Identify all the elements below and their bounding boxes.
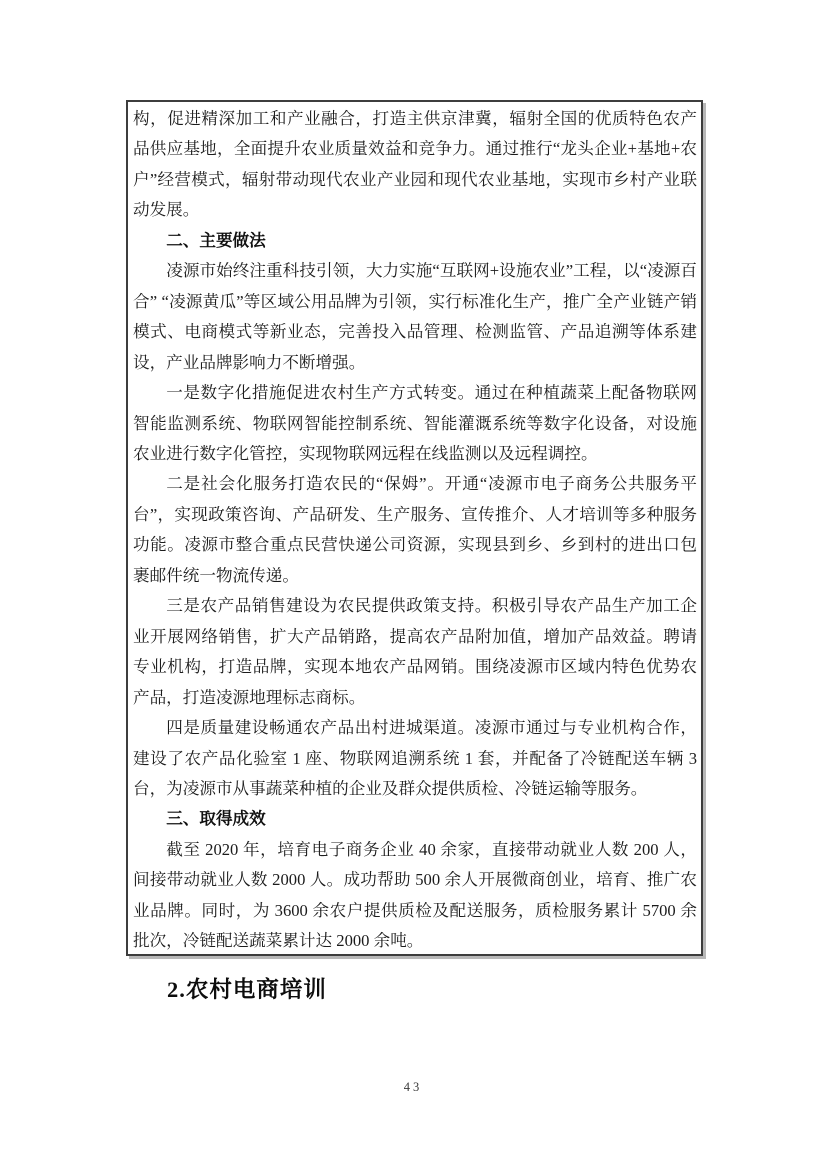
table-cell: 构，促进精深加工和产业融合，打造主供京津冀，辐射全国的优质特色农产品供应基地，全… (128, 102, 701, 956)
page-number: 43 (0, 1080, 826, 1095)
paragraph-tech-leadership: 凌源市始终注重科技引领，大力实施“互联网+设施农业”工程，以“凌源百合” “凌源… (133, 256, 697, 378)
section-heading-main-methods: 二、主要做法 (133, 226, 697, 256)
chapter-heading: 2.农村电商培训 (167, 972, 327, 1004)
paragraph-results: 截至 2020 年，培育电子商务企业 40 余家，直接带动就业人数 200 人，… (133, 835, 697, 956)
paragraph-continuation: 构，促进精深加工和产业融合，打造主供京津冀，辐射全国的优质特色农产品供应基地，全… (133, 104, 697, 226)
paragraph-product-sales: 三是农产品销售建设为农民提供政策支持。积极引导农产品生产加工企业开展网络销售，扩… (133, 591, 697, 713)
content-table-border: 构，促进精深加工和产业融合，打造主供京津冀，辐射全国的优质特色农产品供应基地，全… (126, 100, 703, 956)
document-page: 构，促进精深加工和产业融合，打造主供京津冀，辐射全国的优质特色农产品供应基地，全… (0, 0, 826, 1169)
paragraph-social-services: 二是社会化服务打造农民的“保姆”。开通“凌源市电子商务公共服务平台”，实现政策咨… (133, 469, 697, 591)
paragraph-digital-measures: 一是数字化措施促进农村生产方式转变。通过在种植蔬菜上配备物联网智能监测系统、物联… (133, 378, 697, 469)
paragraph-quality-construction: 四是质量建设畅通农产品出村进城渠道。凌源市通过与专业机构合作，建设了农产品化验室… (133, 713, 697, 804)
section-heading-achievements: 三、取得成效 (133, 804, 697, 834)
